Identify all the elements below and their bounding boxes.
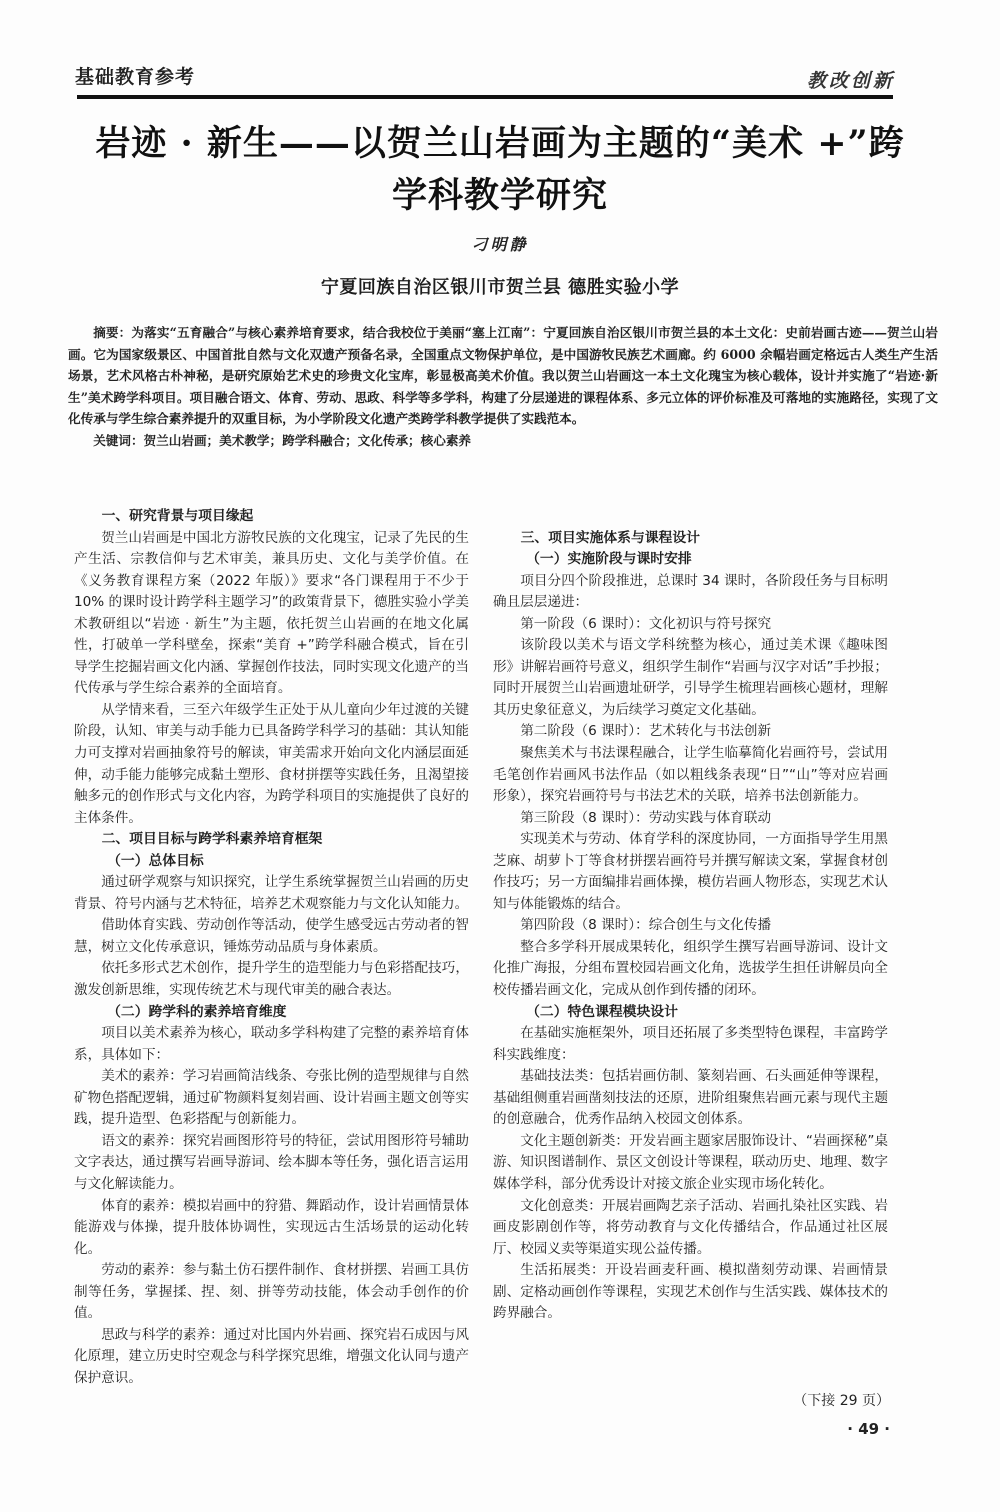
- title-line-2: 学科教学研究: [60, 170, 940, 222]
- right-column: 三、项目实施体系与课程设计 （一）实施阶段与课时安排 项目分四个阶段推进，总课时…: [493, 506, 888, 1325]
- paragraph-culture-creative: 文化创意类：开展岩画陶艺亲子活动、岩画扎染社区实践、岩画皮影剧创作等，将劳动教育…: [493, 1196, 888, 1261]
- subsection-heading-2-1: （一）总体目标: [74, 851, 469, 873]
- stage-3-paragraph: 实现美术与劳动、体育学科的深度协同，一方面指导学生用黑芝麻、胡萝卜丁等食材拼摆岩…: [493, 829, 888, 915]
- stage-4-paragraph: 整合多学科开展成果转化，组织学生撰写岩画导游词、设计文化推广海报，分组布置校园岩…: [493, 937, 888, 1002]
- paragraph: 项目分四个阶段推进，总课时 34 课时，各阶段任务与目标明确且层层递进：: [493, 571, 888, 614]
- header-rule: [77, 95, 893, 99]
- subsection-heading-3-2: （二）特色课程模块设计: [493, 1002, 888, 1024]
- keywords: 关键词：贺兰山岩画；美术教学；跨学科融合；文化传承；核心素养: [68, 430, 938, 452]
- author: 刁明静: [0, 232, 1000, 255]
- subsection-heading-3-1: （一）实施阶段与课时安排: [493, 549, 888, 571]
- paragraph-pe: 体育的素养：模拟岩画中的狩猎、舞蹈动作，设计岩画情景体能游戏与体操，提升肢体协调…: [74, 1196, 469, 1261]
- page-number: · 49 ·: [820, 1420, 890, 1438]
- paragraph-chinese: 语文的素养：探究岩画图形符号的特征，尝试用图形符号辅助文字表达，通过撰写岩画导游…: [74, 1131, 469, 1196]
- left-column: 一、研究背景与项目缘起 贺兰山岩画是中国北方游牧民族的文化瑰宝，记录了先民的生产…: [74, 506, 469, 1389]
- keywords-text: 贺兰山岩画；美术教学；跨学科融合；文化传承；核心素养: [144, 433, 471, 448]
- title-line-1: 岩迹 · 新生——以贺兰山岩画为主题的“美术 +”跨: [60, 118, 940, 170]
- paragraph-culture-theme: 文化主题创新类：开发岩画主题家居服饰设计、“岩画探秘”桌游、知识图谱制作、景区文…: [493, 1131, 888, 1196]
- stage-4-heading: 第四阶段（8 课时）：综合创生与文化传播: [493, 915, 888, 937]
- article-title: 岩迹 · 新生——以贺兰山岩画为主题的“美术 +”跨 学科教学研究: [60, 118, 940, 222]
- stage-1-heading: 第一阶段（6 课时）：文化初识与符号探究: [493, 614, 888, 636]
- affiliation: 宁夏回族自治区银川市贺兰县 德胜实验小学: [0, 273, 1000, 299]
- subsection-heading-2-2: （二）跨学科的素养培育维度: [74, 1002, 469, 1024]
- journal-page: 基础教育参考 教改创新 岩迹 · 新生——以贺兰山岩画为主题的“美术 +”跨 学…: [0, 0, 1000, 1512]
- paragraph-labor: 劳动的素养：参与黏土仿石摆件制作、食材拼摆、岩画工具仿制等任务，掌握揉、捏、刻、…: [74, 1260, 469, 1325]
- stage-2-heading: 第二阶段（6 课时）：艺术转化与书法创新: [493, 721, 888, 743]
- paragraph: 贺兰山岩画是中国北方游牧民族的文化瑰宝，记录了先民的生产生活、宗教信仰与艺术审美…: [74, 528, 469, 700]
- section-heading-3: 三、项目实施体系与课程设计: [493, 528, 888, 550]
- abstract-text: 为落实“五育融合”与核心素养培育要求，结合我校位于美丽“塞上江南”：宁夏回族自治…: [68, 325, 938, 426]
- keywords-label: 关键词：: [93, 433, 143, 448]
- column-name: 教改创新: [807, 66, 895, 93]
- stage-3-heading: 第三阶段（8 课时）：劳动实践与体育联动: [493, 808, 888, 830]
- paragraph: 项目以美术素养为核心，联动多学科构建了完整的素养培育体系，具体如下：: [74, 1023, 469, 1066]
- paragraph: 在基础实施框架外，项目还拓展了多类型特色课程，丰富跨学科实践维度：: [493, 1023, 888, 1066]
- paragraph-science: 思政与科学的素养：通过对比国内外岩画、探究岩石成因与风化原理，建立历史时空观念与…: [74, 1325, 469, 1390]
- section-heading-1: 一、研究背景与项目缘起: [74, 506, 469, 528]
- abstract-label: 摘要：: [93, 325, 131, 340]
- journal-name: 基础教育参考: [75, 62, 195, 89]
- continued-note: （下接 29 页）: [780, 1390, 890, 1410]
- paragraph-life-extension: 生活拓展类：开设岩画麦秆画、模拟凿刻劳动课、岩画情景剧、定格动画创作等课程，实现…: [493, 1260, 888, 1325]
- paragraph-art: 美术的素养：学习岩画简洁线条、夸张比例的造型规律与自然矿物色搭配逻辑，通过矿物颜…: [74, 1066, 469, 1131]
- paragraph: 通过研学观察与知识探究，让学生系统掌握贺兰山岩画的历史背景、符号内涵与艺术特征，…: [74, 872, 469, 915]
- paragraph: 依托多形式艺术创作，提升学生的造型能力与色彩搭配技巧，激发创新思维，实现传统艺术…: [74, 958, 469, 1001]
- running-head: 基础教育参考 教改创新: [75, 58, 895, 98]
- paragraph-basic-skills: 基础技法类：包括岩画仿制、篆刻岩画、石头画延伸等课程，基础组侧重岩画凿刻技法的还…: [493, 1066, 888, 1131]
- paragraph: 从学情来看，三至六年级学生正处于从儿童向少年过渡的关键阶段，认知、审美与动手能力…: [74, 700, 469, 829]
- section-heading-2: 二、项目目标与跨学科素养培育框架: [74, 829, 469, 851]
- stage-1-paragraph: 该阶段以美术与语文学科统整为核心，通过美术课《趣味图形》讲解岩画符号意义，组织学…: [493, 635, 888, 721]
- abstract: 摘要：为落实“五育融合”与核心素养培育要求，结合我校位于美丽“塞上江南”：宁夏回…: [68, 322, 938, 430]
- abstract-block: 摘要：为落实“五育融合”与核心素养培育要求，结合我校位于美丽“塞上江南”：宁夏回…: [68, 322, 938, 452]
- paragraph: 借助体育实践、劳动创作等活动，使学生感受远古劳动者的智慧，树立文化传承意识，锤炼…: [74, 915, 469, 958]
- stage-2-paragraph: 聚焦美术与书法课程融合，让学生临摹简化岩画符号，尝试用毛笔创作岩画风书法作品（如…: [493, 743, 888, 808]
